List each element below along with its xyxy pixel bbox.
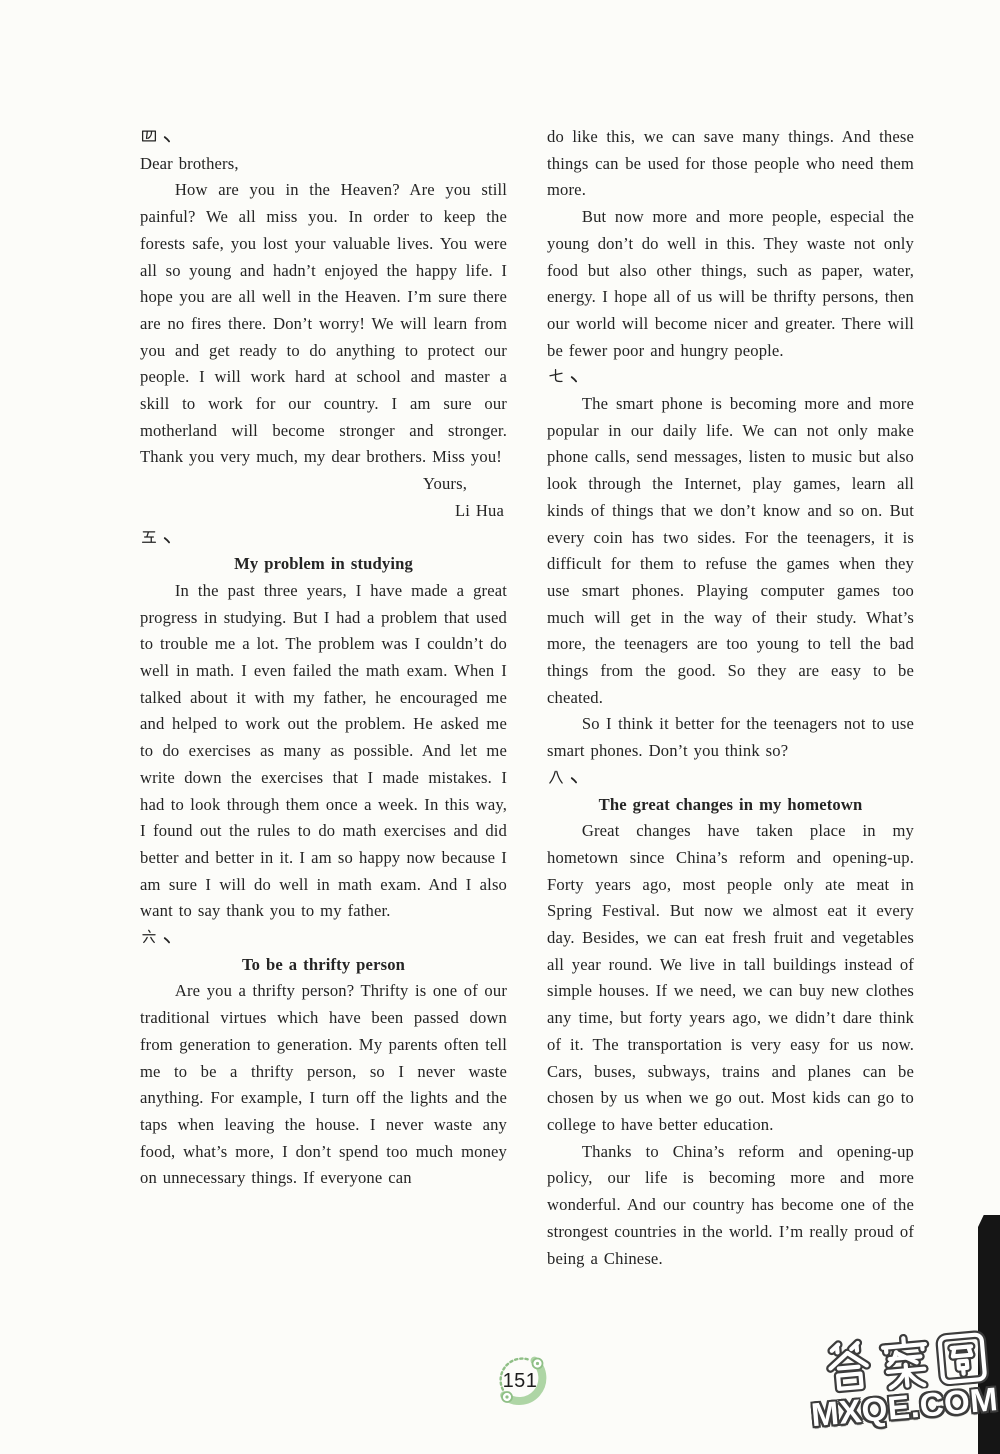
cjk-numeral-icon [158, 528, 176, 546]
cjk-numeral-icon [547, 768, 565, 786]
paragraph: In the past three years, I have made a g… [140, 578, 507, 925]
left-column: Dear brothers,How are you in the Heaven?… [140, 124, 507, 1192]
paragraph: The smart phone is becoming more and mor… [547, 391, 914, 711]
salutation-line: Dear brothers, [140, 151, 507, 178]
watermark-cjk-glyph [818, 1337, 879, 1398]
paragraph: So I think it better for the teenagers n… [547, 711, 914, 764]
page-number: 151 [493, 1351, 553, 1411]
cjk-numeral-icon [158, 928, 176, 946]
paragraph: How are you in the Heaven? Are you still… [140, 177, 507, 471]
cjk-numeral-icon [565, 768, 583, 786]
section-marker [140, 525, 507, 552]
section-marker [140, 925, 507, 952]
cjk-numeral-icon [140, 127, 158, 145]
paragraph: Thanks to China’s reform and opening-up … [547, 1139, 914, 1273]
watermark-cjk-glyph [932, 1327, 993, 1388]
paragraph: Are you a thrifty person? Thrifty is one… [140, 978, 507, 1192]
scanned-page: Dear brothers,How are you in the Heaven?… [0, 0, 1000, 1454]
signature-name: Li Hua [140, 498, 507, 525]
right-column: do like this, we can save many things. A… [547, 124, 914, 1272]
cjk-numeral-icon [140, 528, 158, 546]
watermark-cjk-glyph [875, 1332, 936, 1393]
essay-title: My problem in studying [140, 551, 507, 578]
section-marker [547, 364, 914, 391]
cjk-numeral-icon [547, 367, 565, 385]
paragraph: But now more and more people, especial t… [547, 204, 914, 364]
signature-yours: Yours, [140, 471, 507, 498]
paragraph: Great changes have taken place in my hom… [547, 818, 914, 1138]
paragraph-continuation: do like this, we can save many things. A… [547, 124, 914, 204]
essay-title: The great changes in my hometown [547, 792, 914, 819]
essay-title: To be a thrifty person [140, 952, 507, 979]
section-marker [140, 124, 507, 151]
section-marker [547, 765, 914, 792]
cjk-numeral-icon [158, 127, 176, 145]
green-seal-icon: 151 [493, 1351, 553, 1411]
watermark: MXQE.COM [784, 1326, 1000, 1436]
cjk-numeral-icon [565, 367, 583, 385]
cjk-numeral-icon [140, 928, 158, 946]
